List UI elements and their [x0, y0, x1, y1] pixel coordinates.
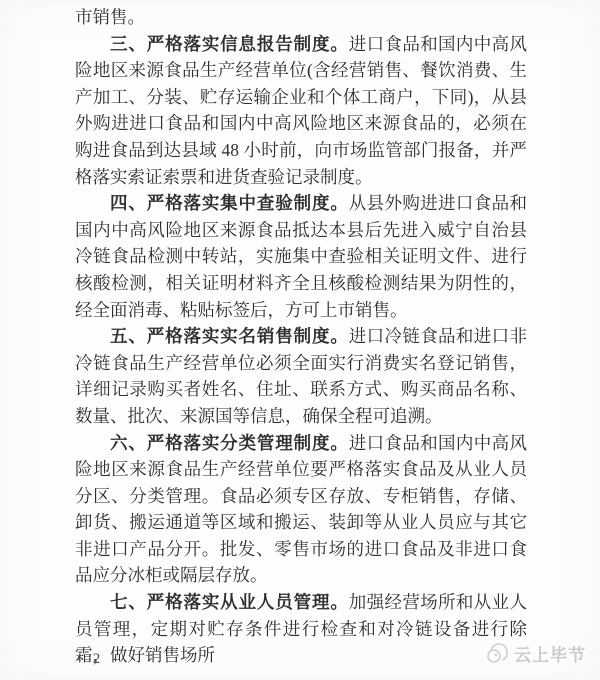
continuation-paragraph: 市销售。 [75, 4, 527, 31]
cloud-logo-icon [486, 643, 510, 665]
paragraph-section-4: 四、严格落实集中查验制度。从县外购进进口食品和国内中高风险地区来源食品抵达本县后… [75, 190, 527, 323]
paragraph-heading: 六、严格落实分类管理制度。 [110, 433, 349, 453]
paragraph-heading: 四、严格落实集中查验制度。 [110, 193, 349, 213]
paragraph-section-7: 七、严格落实从业人员管理。加强经营场所和从业人员管理，定期对贮存条件进行检查和对… [75, 589, 527, 669]
paragraph-text: 进口食品和国内中高风险地区来源食品生产经营单位(含经营销售、餐饮消费、生产加工、… [75, 34, 527, 187]
document-body: 市销售。 三、严格落实信息报告制度。进口食品和国内中高风险地区来源食品生产经营单… [75, 4, 527, 669]
paragraph-heading: 三、严格落实信息报告制度。 [110, 34, 349, 54]
paragraph-section-6: 六、严格落实分类管理制度。进口食品和国内中高风险地区来源食品生产经营单位要严格落… [75, 430, 527, 590]
paragraph-section-3: 三、严格落实信息报告制度。进口食品和国内中高风险地区来源食品生产经营单位(含经营… [75, 31, 527, 191]
paragraph-section-5: 五、严格落实实名销售制度。进口冷链食品和进口非冷链食品生产经营单位必须全面实行消… [75, 323, 527, 429]
watermark-label: 云上毕节 [514, 641, 586, 666]
page-number: - 2 - [76, 651, 121, 668]
paragraph-heading: 五、严格落实实名销售制度。 [110, 326, 349, 346]
watermark: 云上毕节 [486, 641, 586, 666]
paragraph-text: 进口食品和国内中高风险地区来源食品生产经营单位要严格落实食品及从业人员分区、分类… [75, 433, 527, 586]
paragraph-heading: 七、严格落实从业人员管理。 [110, 592, 349, 612]
continuation-text: 市销售。 [75, 7, 145, 27]
scanned-document-page: 市销售。 三、严格落实信息报告制度。进口食品和国内中高风险地区来源食品生产经营单… [0, 0, 600, 680]
